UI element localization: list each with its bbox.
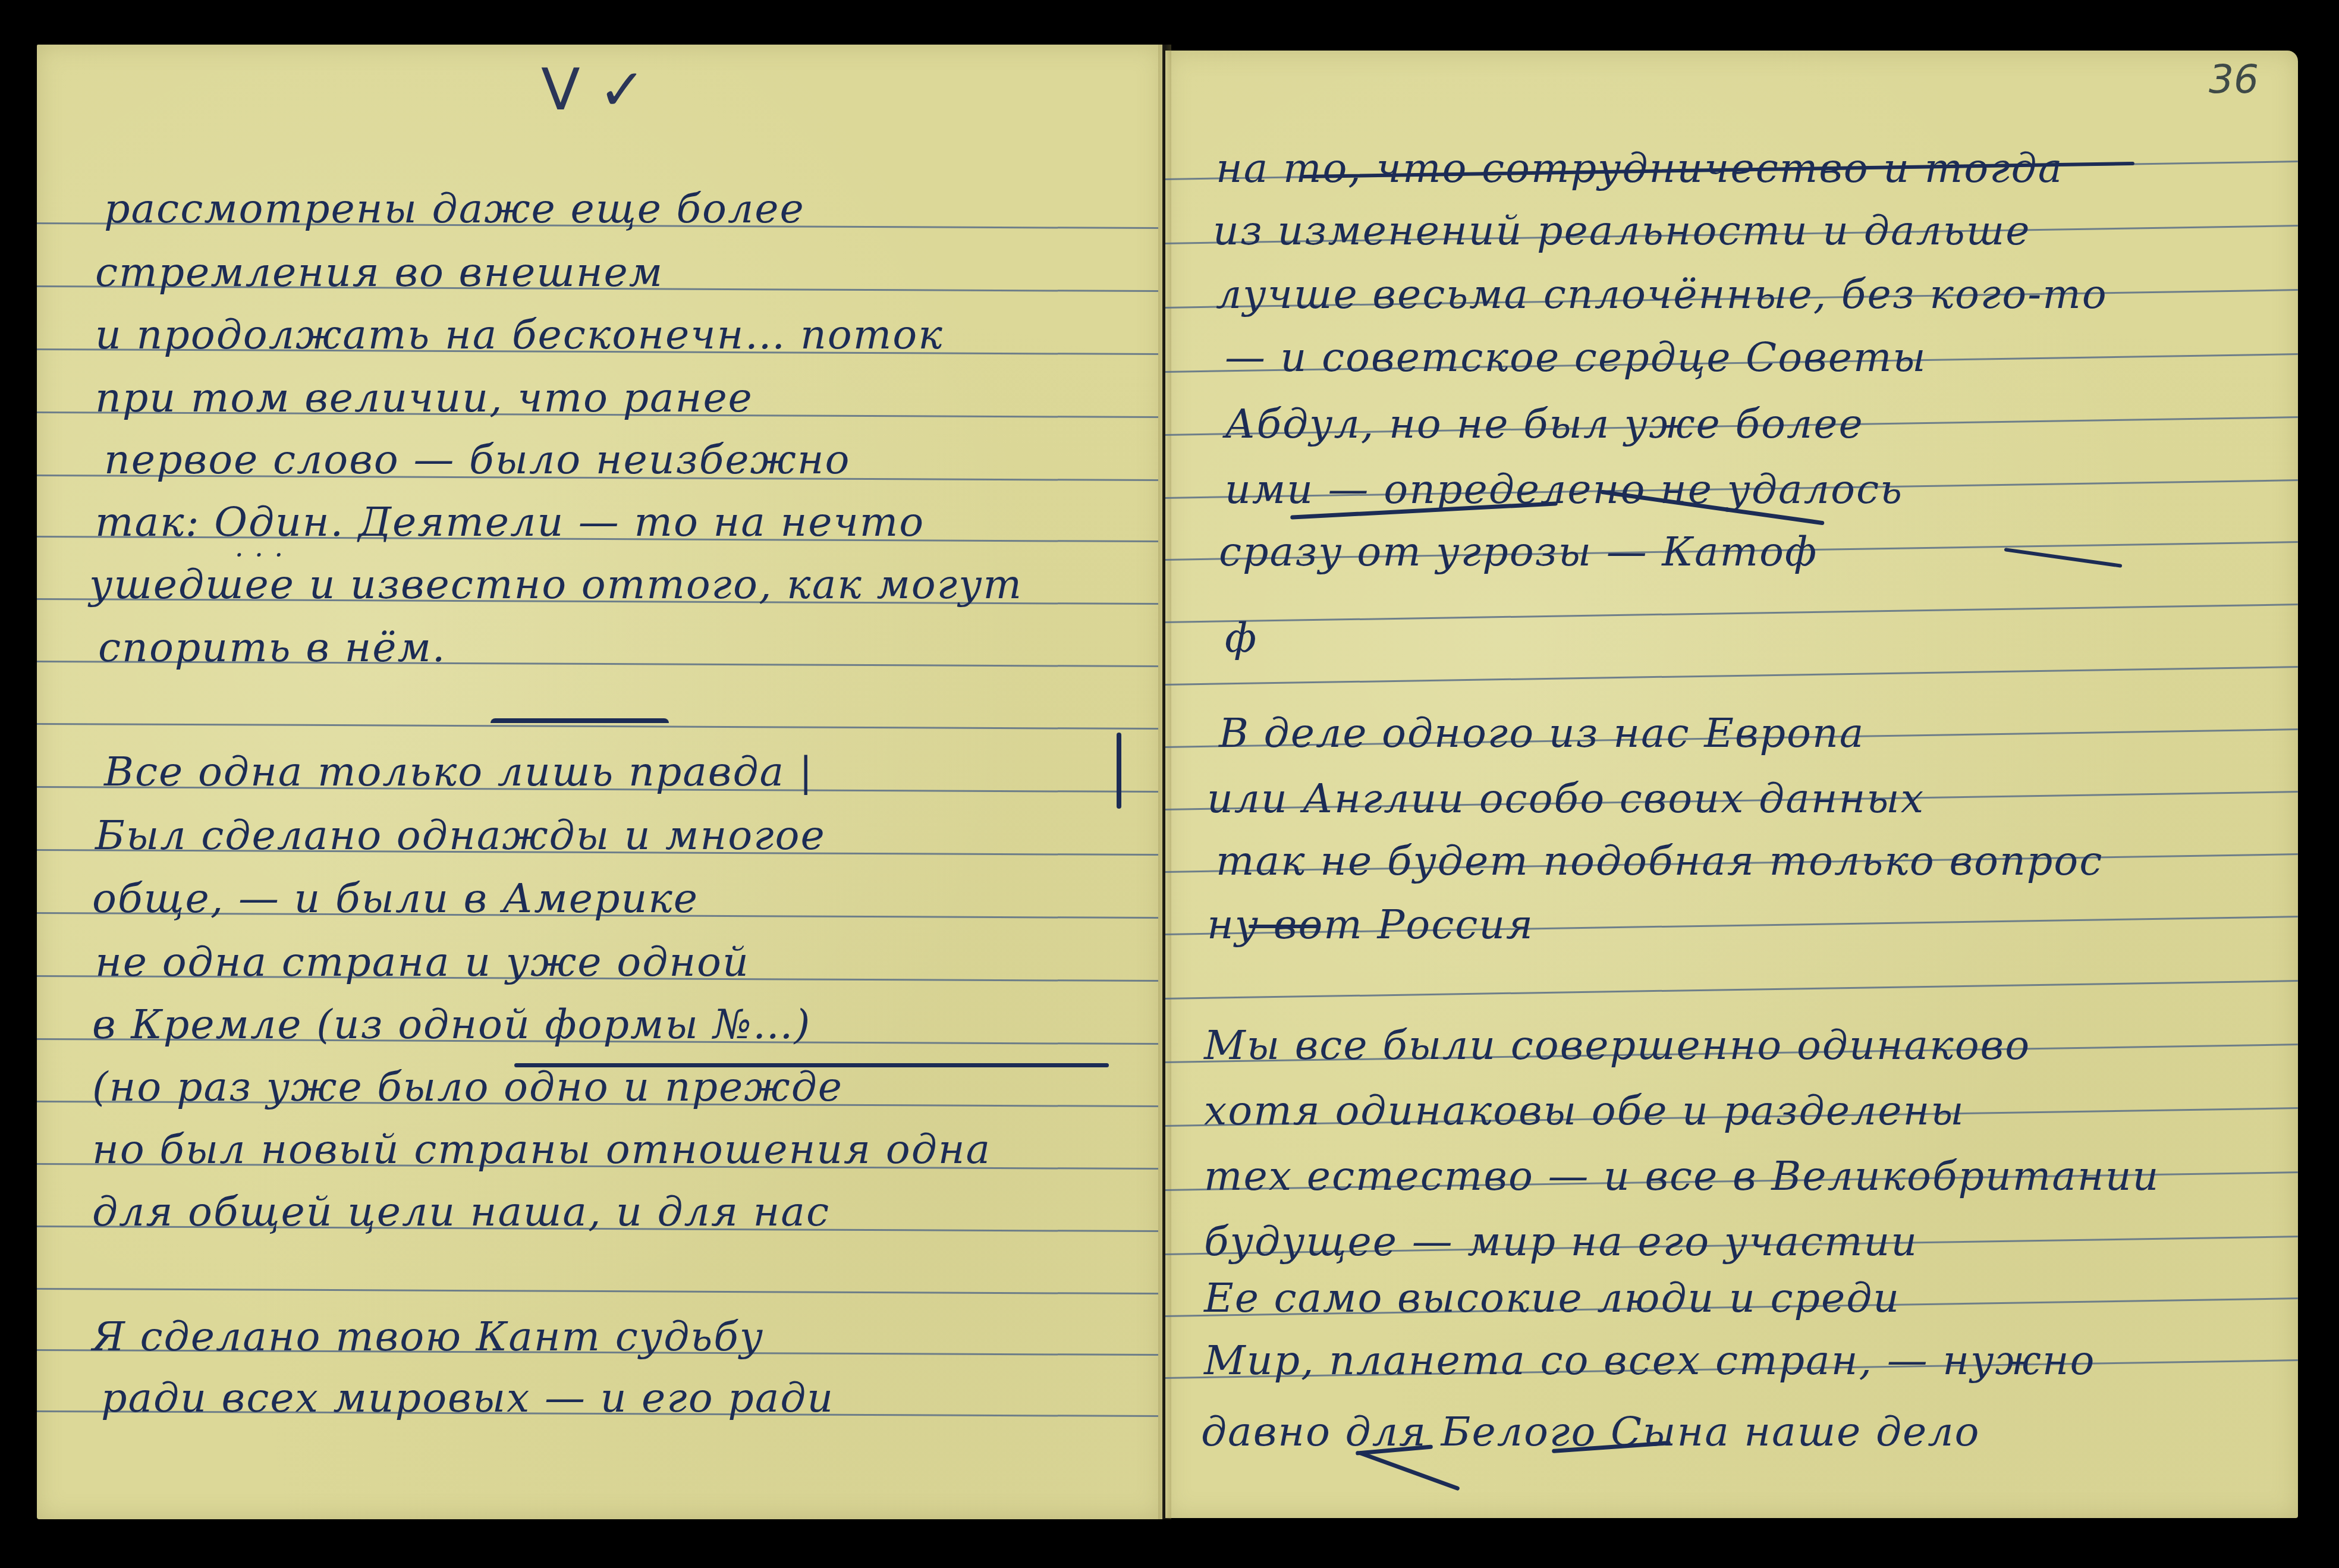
handwritten-line: не одна страна и уже одной <box>95 942 750 983</box>
handwritten-line: или Англии особо своих данных <box>1207 779 1925 819</box>
handwritten-line: ф <box>1225 618 1257 659</box>
handwritten-line: на то, что сотрудничество и тогда <box>1216 149 2063 189</box>
handwritten-line: так: Один. Деятели — то на нечто <box>95 502 925 543</box>
handwritten-line: Ее само высокие люди и среди <box>1204 1278 1900 1319</box>
handwritten-line: хотя одинаковы обе и разделены <box>1204 1091 1965 1132</box>
handwritten-line: Мы все были совершенно одинаково <box>1204 1026 2030 1066</box>
handwritten-line: лучше весьма сплочённые, без кого-то <box>1216 275 2108 315</box>
handwritten-line: из изменений реальности и дальше <box>1213 211 2030 252</box>
handwritten-line: и продолжать на бесконечн… поток <box>95 315 944 356</box>
handwritten-line: ради всех мировых — и его ради <box>101 1378 834 1419</box>
handwritten-line: стремления во внешнем <box>95 253 664 293</box>
handwritten-line: обще, — и были в Америке <box>92 879 699 919</box>
handwritten-line: В деле одного из нас Европа <box>1219 714 1865 754</box>
handwritten-line: будущее — мир на его участии <box>1204 1222 1918 1262</box>
handwritten-line: (но раз уже было одно и прежде <box>92 1067 843 1108</box>
handwritten-line: тех естество — и все в Великобритании <box>1204 1157 2159 1197</box>
handwritten-line: Абдул, но не был уже более <box>1225 404 1864 445</box>
page-number: 36 <box>2209 56 2259 102</box>
handwritten-line: ушедшее и известно оттого, как могут <box>89 565 1023 605</box>
handwritten-line: Я сделано твою Кант судьбу <box>92 1317 764 1358</box>
handwritten-line: Мир, планета со всех стран, — нужно <box>1204 1341 2096 1381</box>
handwritten-line: Все одна только лишь правда | <box>104 752 814 793</box>
handwritten-line: спорить в нём. <box>98 628 446 668</box>
book-gutter <box>1158 45 1171 1519</box>
handwritten-line: при том величии, что ранее <box>95 378 753 419</box>
handwritten-line: так не будет подобная только вопрос <box>1216 841 2103 882</box>
handwritten-line: рассмотрены даже еще более <box>104 189 805 230</box>
strikethrough <box>1249 925 1320 928</box>
check-marks: V ✓ <box>541 56 646 123</box>
handwritten-line: Был сделано однажды и многое <box>95 816 826 856</box>
handwritten-line: но был новый страны отношения одна <box>92 1130 991 1170</box>
handwritten-line: первое слово — было неизбежно <box>104 440 850 480</box>
handwritten-line: — и советское сердце Советы <box>1225 338 1927 378</box>
handwritten-line: сразу от угрозы — Катоф <box>1219 532 1818 573</box>
handwritten-line: в Кремле (из одной формы №…) <box>92 1005 811 1045</box>
margin-bar <box>1117 733 1121 809</box>
separator-arc <box>491 718 669 723</box>
handwritten-line: ими — определено не удалось <box>1225 470 1903 510</box>
handwritten-line: для общей цели наша, и для нас <box>92 1192 830 1233</box>
